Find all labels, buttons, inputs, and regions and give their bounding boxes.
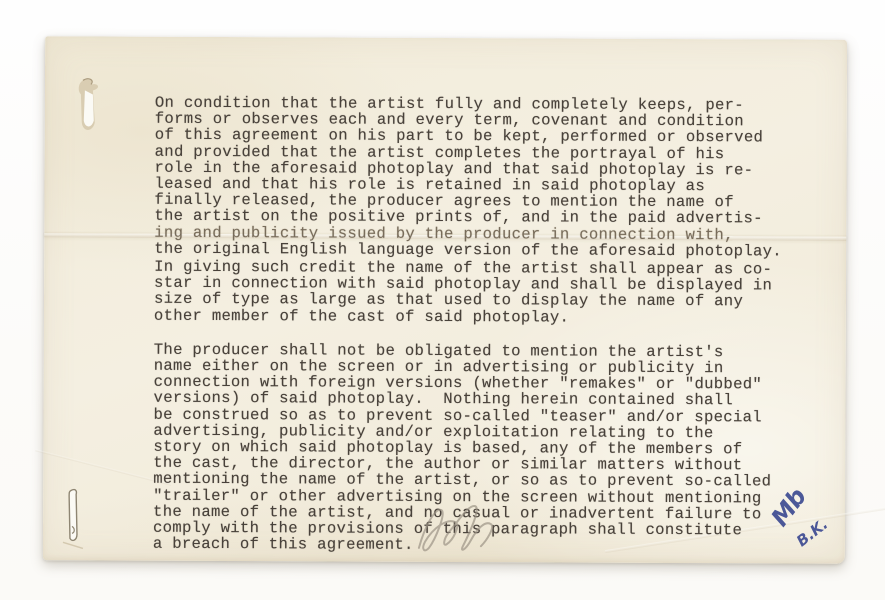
- document-page: On condition that the artist fully and c…: [43, 36, 847, 563]
- paper-tear-bottom-left: [57, 486, 91, 552]
- handwritten-ink-note: Mb B.K.: [755, 479, 885, 590]
- text-line: the original English language version of…: [154, 241, 822, 260]
- edge-crease: [35, 449, 171, 485]
- ink-monogram: Mb: [766, 483, 812, 531]
- paragraph-credit-condition: On condition that the artist fully and c…: [154, 95, 823, 260]
- scan-background: On condition that the artist fully and c…: [0, 0, 885, 600]
- ink-initials: B.K.: [793, 515, 831, 550]
- paper-tear-top-left: [69, 74, 109, 144]
- paragraph-producer-obligations: The producer shall not be obligated to m…: [153, 342, 822, 556]
- text-line: other member of the cast of said photopl…: [154, 307, 822, 326]
- paragraph-costar-credit: In giving such credit the name of the ar…: [154, 259, 822, 327]
- typewritten-text: On condition that the artist fully and c…: [153, 95, 823, 555]
